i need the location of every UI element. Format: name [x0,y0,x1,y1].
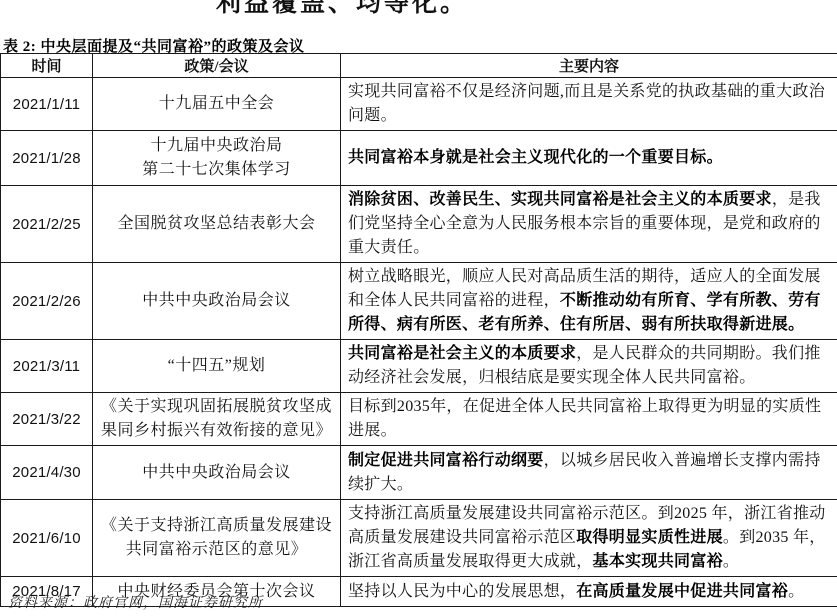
cell-content: 共同富裕是社会主义的本质要求，是人民群众的共同期盼。我们推动经济社会发展，归根结… [341,340,837,393]
content-segment: 共同富裕本身就是社会主义现代化的一个重要目标。 [348,149,723,166]
cell-content: 实现共同富裕不仅是经济问题,而且是关系党的执政基础的重大政治问题。 [341,78,837,131]
cell-content: 共同富裕本身就是社会主义现代化的一个重要目标。 [341,131,837,186]
content-segment: 取得明显实质性进展 [576,529,723,546]
cell-content: 制定促进共同富裕行动纲要，以城乡居民收入普遍增长支撑内需持续扩大。 [341,446,837,500]
source-note: 资料来源：政府官网，国海证券研究所 [8,592,263,612]
column-header-time: 时间 [1,54,93,78]
table-row: 2021/2/26中共中央政治局会议树立战略眼光，顺应人民对高品质生活的期待，适… [1,263,837,340]
cell-policy: 全国脱贫攻坚总结表彰大会 [93,186,341,263]
content-segment: 坚持以人民为中心的发展思想， [348,583,576,600]
content-segment: 目标到2035年，在促进全体人民共同富裕上取得更为明显的实质性进展。 [348,398,821,439]
table-row: 2021/1/28十九届中央政治局 第二十七次集体学习共同富裕本身就是社会主义现… [1,131,837,186]
report-page: 利益覆盖、均等化。 表 2: 中央层面提及“共同富裕”的政策及会议 时间 政策/… [0,0,837,616]
column-header-policy: 政策/会议 [93,54,341,78]
content-segment: 。 [788,583,804,600]
cell-policy: 中共中央政治局会议 [93,263,341,340]
content-segment: 实现共同富裕不仅是经济问题,而且是关系党的执政基础的重大政治问题。 [348,83,825,124]
content-segment: 共同富裕是社会主义的本质要求 [348,345,576,362]
cell-policy: 十九届中央政治局 第二十七次集体学习 [93,131,341,186]
cell-policy: “十四五”规划 [93,340,341,393]
content-segment: 制定促进共同富裕行动纲要 [348,452,544,469]
cell-date: 2021/2/25 [1,186,93,263]
cell-date: 2021/2/26 [1,263,93,340]
table-row: 2021/6/10《关于支持浙江高质量发展建设 共同富裕示范区的意见》支持浙江高… [1,500,837,577]
cell-content: 坚持以人民为中心的发展思想，在高质量发展中促进共同富裕。 [341,577,837,607]
table-row: 2021/2/25全国脱贫攻坚总结表彰大会消除贫困、改善民生、实现共同富裕是社会… [1,186,837,263]
cell-date: 2021/6/10 [1,500,93,577]
cell-content: 树立战略眼光，顺应人民对高品质生活的期待，适应人的全面发展和全体人民共同富裕的进… [341,263,837,340]
content-segment: 消除贫困、改善民生、实现共同富裕是社会主义的本质要求 [348,191,772,208]
cell-policy: 《关于实现巩固拓展脱贫攻坚成 果同乡村振兴有效衔接的意见》 [93,393,341,446]
cell-content: 消除贫困、改善民生、实现共同富裕是社会主义的本质要求，是我们党坚持全心全意为人民… [341,186,837,263]
header-row: 时间 政策/会议 主要内容 [1,54,837,78]
policy-table: 时间 政策/会议 主要内容 2021/1/11十九届五中全会实现共同富裕不仅是经… [0,53,837,607]
content-segment: 在高质量发展中促进共同富裕 [576,583,788,600]
table-row: 2021/3/22《关于实现巩固拓展脱贫攻坚成 果同乡村振兴有效衔接的意见》目标… [1,393,837,446]
cell-date: 2021/3/11 [1,340,93,393]
table-body: 2021/1/11十九届五中全会实现共同富裕不仅是经济问题,而且是关系党的执政基… [1,78,837,607]
clipped-body-text: 利益覆盖、均等化。 [216,0,468,19]
cell-date: 2021/3/22 [1,393,93,446]
table-row: 2021/4/30中共中央政治局会议制定促进共同富裕行动纲要，以城乡居民收入普遍… [1,446,837,500]
cell-date: 2021/1/11 [1,78,93,131]
cell-content: 支持浙江高质量发展建设共同富裕示范区。到2025 年，浙江省推动高质量发展建设共… [341,500,837,577]
table-row: 2021/1/11十九届五中全会实现共同富裕不仅是经济问题,而且是关系党的执政基… [1,78,837,131]
table-row: 2021/3/11“十四五”规划共同富裕是社会主义的本质要求，是人民群众的共同期… [1,340,837,393]
cell-date: 2021/4/30 [1,446,93,500]
column-header-content: 主要内容 [341,54,837,78]
cell-policy: 十九届五中全会 [93,78,341,131]
cell-policy: 中共中央政治局会议 [93,446,341,500]
cell-content: 目标到2035年，在促进全体人民共同富裕上取得更为明显的实质性进展。 [341,393,837,446]
cell-policy: 《关于支持浙江高质量发展建设 共同富裕示范区的意见》 [93,500,341,577]
content-segment: 基本实现共同富裕 [593,553,723,570]
content-segment: 。 [723,553,739,570]
cell-date: 2021/1/28 [1,131,93,186]
